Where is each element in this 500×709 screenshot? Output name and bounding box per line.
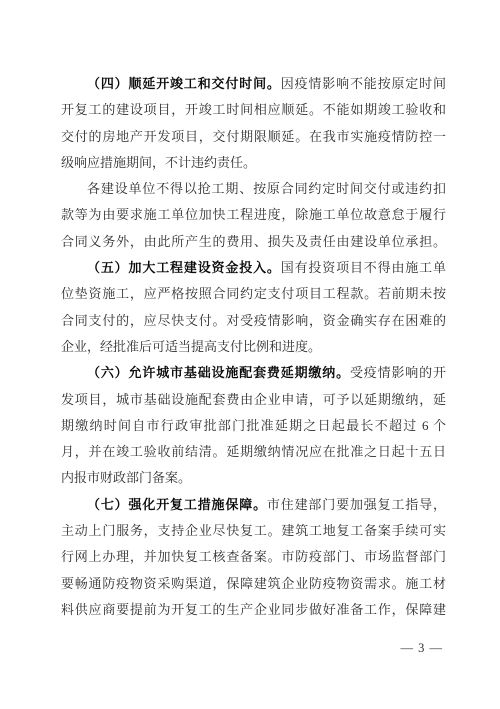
section-heading-7: （七）强化开复工措施保障。 [87, 497, 267, 512]
text-line: 款等为由要求施工单位加快工程进度，除施工单位故意怠于履行 [61, 202, 446, 228]
text-line: 料供应商要提前为开复工的生产企业同步做好准备工作，保障建 [61, 597, 446, 623]
text-line: 合同支付的，应尽快支付。对受疫情影响，资金确实存在困难的 [61, 308, 446, 334]
text-line: 要畅通防疫物资采购渠道，保障建筑企业防疫物资需求。施工材 [61, 571, 446, 597]
section-heading-5: （五）加大工程建设资金投入。 [87, 260, 281, 275]
text-line: 位垫资施工，应严格按照合同约定支付项目工程款。若前期未按 [61, 281, 446, 307]
text-line: 月，并在竣工验收前结清。延期缴纳情况应在批准之日起十五日 [61, 439, 446, 465]
text-line: 合同义务外，由此所产生的费用、损失及责任由建设单位承担。 [61, 229, 446, 255]
text-segment: 各建设单位不得以抢工期、按原合同约定时间交付或违约扣 [87, 181, 446, 196]
text-line: （七）强化开复工措施保障。市住建部门要加强复工指导， [61, 492, 446, 518]
document-body: （四）顺延开竣工和交付时间。因疫情影响不能按原定时间 开复工的建设项目，开竣工时… [61, 71, 446, 623]
text-line: （四）顺延开竣工和交付时间。因疫情影响不能按原定时间 [61, 71, 446, 97]
text-segment: 受疫情影响的开 [350, 365, 446, 380]
text-line: （六）允许城市基础设施配套费延期缴纳。受疫情影响的开 [61, 360, 446, 386]
section-heading-6: （六）允许城市基础设施配套费延期缴纳。 [87, 365, 350, 380]
document-page: （四）顺延开竣工和交付时间。因疫情影响不能按原定时间 开复工的建设项目，开竣工时… [0, 0, 500, 709]
text-line: 各建设单位不得以抢工期、按原合同约定时间交付或违约扣 [61, 176, 446, 202]
page-number: — 3 — [401, 641, 444, 656]
section-heading-4: （四）顺延开竣工和交付时间。 [87, 76, 281, 91]
text-line: 开复工的建设项目，开竣工时间相应顺延。不能如期竣工验收和 [61, 97, 446, 123]
text-line: 主动上门服务，支持企业尽快复工。建筑工地复工备案手续可实 [61, 518, 446, 544]
text-line: 内报市财政部门备案。 [61, 465, 446, 491]
text-line: 行网上办理，并加快复工核查备案。市防疫部门、市场监督部门 [61, 544, 446, 570]
text-segment: 国有投资项目不得由施工单 [281, 260, 446, 275]
text-segment: 市住建部门要加强复工指导， [267, 497, 446, 512]
text-line: （五）加大工程建设资金投入。国有投资项目不得由施工单 [61, 255, 446, 281]
text-line: 级响应措施期间，不计违约责任。 [61, 150, 446, 176]
text-line: 交付的房地产开发项目，交付期限顺延。在我市实施疫情防控一 [61, 124, 446, 150]
text-line: 期缴纳时间自市行政审批部门批准延期之日起最长不超过 6 个 [61, 413, 446, 439]
text-line: 发项目，城市基础设施配套费由企业申请，可予以延期缴纳，延 [61, 387, 446, 413]
text-segment: 因疫情影响不能按原定时间 [281, 76, 446, 91]
text-line: 企业，经批准后可适当提高支付比例和进度。 [61, 334, 446, 360]
